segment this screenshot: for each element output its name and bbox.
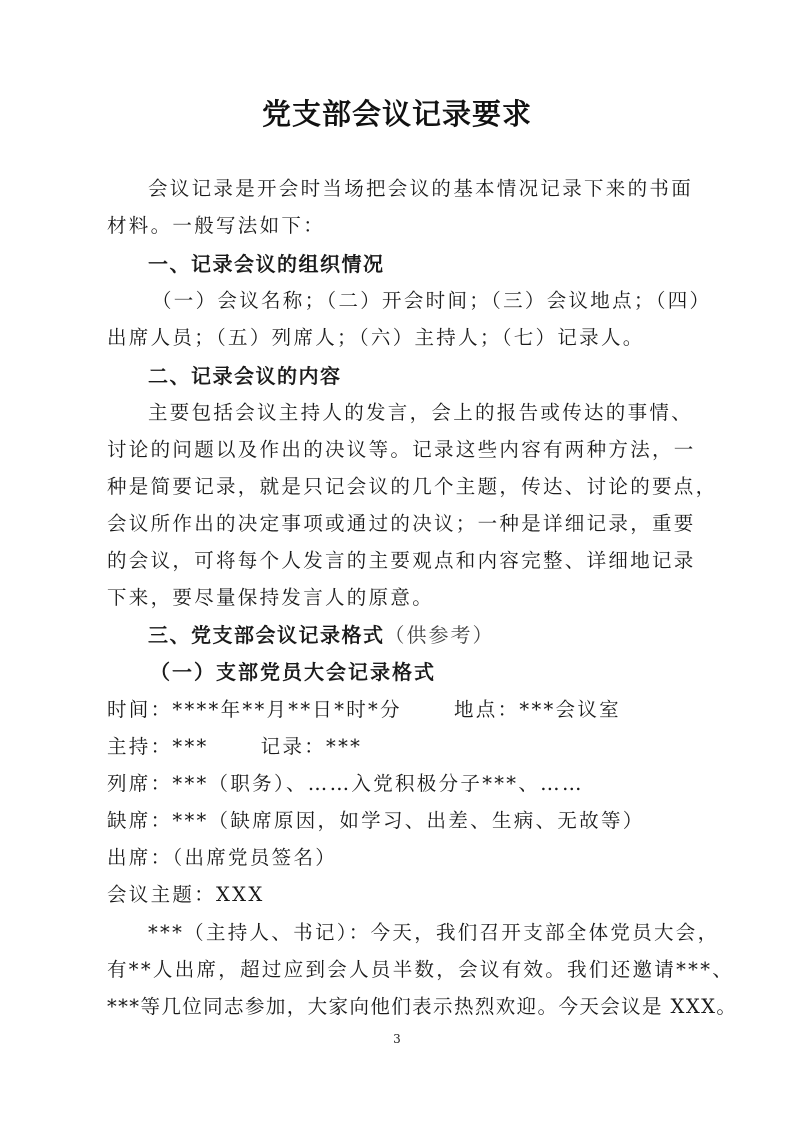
section3-heading: 三、党支部会议记录格式（供参考）: [148, 622, 738, 648]
section3-heading-text: 三、党支部会议记录格式: [148, 623, 385, 647]
section1-line-2: 出席人员；（五）列席人；（六）主持人；（七）记录人。: [107, 325, 697, 351]
page-number: 3: [0, 1032, 794, 1046]
field-attendees-nonvoting: 列席：***（职务）、……入党积极分子***、……: [107, 771, 697, 797]
section2-line-6: 下来，要尽量保持发言人的原意。: [107, 585, 697, 611]
document-page: 党支部会议记录要求 会议记录是开会时当场把会议的基本情况记录下来的书面 材料。一…: [0, 0, 794, 1123]
document-title: 党支部会议记录要求: [0, 92, 794, 133]
body-line-3: ***等几位同志参加，大家向他们表示热烈欢迎。今天会议是 XXX。: [107, 994, 697, 1020]
section2-line-2: 讨论的问题以及作出的决议等。记录这些内容有两种方法，一: [107, 437, 697, 463]
field-host-recorder: 主持：*** 记录：***: [107, 734, 697, 760]
section2-heading: 二、记录会议的内容: [148, 363, 738, 389]
intro-line-2: 材料。一般写法如下：: [107, 213, 697, 239]
body-line-1: ***（主持人、书记）：今天，我们召开支部全体党员大会，: [148, 920, 738, 946]
field-time-location: 时间：****年**月**日*时*分 地点：***会议室: [107, 697, 697, 723]
section3-subheading: （一）支部党员大会记录格式: [150, 659, 740, 685]
intro-line-1: 会议记录是开会时当场把会议的基本情况记录下来的书面: [148, 176, 738, 202]
section3-heading-note: （供参考）: [385, 623, 495, 647]
section2-line-3: 种是简要记录，就是只记会议的几个主题，传达、讨论的要点，: [107, 474, 697, 500]
section2-line-4: 会议所作出的决定事项或通过的决议；一种是详细记录，重要: [107, 511, 697, 537]
section1-line-1: （一）会议名称；（二）开会时间；（三）会议地点；（四）: [152, 288, 742, 314]
body-line-2: 有**人出席，超过应到会人员半数，会议有效。我们还邀请***、: [107, 957, 697, 983]
section1-heading: 一、记录会议的组织情况: [148, 251, 738, 277]
field-absent: 缺席：***（缺席原因，如学习、出差、生病、无故等）: [107, 808, 697, 834]
field-topic: 会议主题：XXX: [107, 882, 697, 908]
section2-line-1: 主要包括会议主持人的发言，会上的报告或传达的事情、: [148, 400, 738, 426]
section2-line-5: 的会议，可将每个人发言的主要观点和内容完整、详细地记录: [107, 548, 697, 574]
field-present: 出席：（出席党员签名）: [107, 845, 697, 871]
